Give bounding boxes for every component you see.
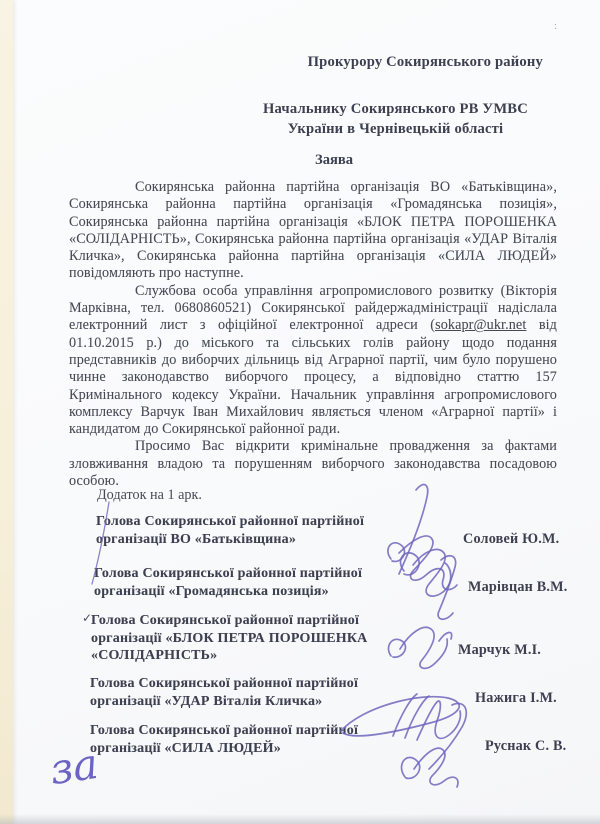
attachment-note: Додаток на 1 арк. — [97, 487, 202, 504]
email-address: sokapr@ukr.net — [435, 317, 526, 333]
paragraph-complaint-text-after: від 01.10.2015 р.) до міського та сільсь… — [69, 317, 557, 437]
scan-artifact-mark: : — [554, 20, 557, 32]
paragraph-parties: Сокирянська районна партійна організація… — [69, 179, 557, 283]
signatory-title-3: Голова Сокирянської районної партійної о… — [91, 612, 436, 665]
signatory-title-1: Голова Сокирянської районної партійної о… — [96, 513, 441, 548]
signatory-title-2: Голова Сокирянської районної партійної о… — [94, 565, 439, 600]
signatory-name-3: Марчук М.І. — [458, 642, 541, 659]
scan-edge-left — [0, 0, 13, 824]
handwritten-note: за — [47, 739, 101, 794]
addressee-secondary-line2: України в Чернівецькій області — [263, 120, 528, 140]
scanned-document-page: : Прокурору Сокирянського району Начальн… — [0, 0, 600, 824]
signatory-name-1: Соловей Ю.М. — [463, 531, 559, 548]
document-body: Сокирянська районна партійна організація… — [69, 179, 557, 490]
signatory-title-4: Голова Сокирянської районної партійної о… — [90, 675, 435, 710]
addressee-primary: Прокурору Сокирянського району — [308, 54, 543, 71]
addressee-secondary: Начальнику Сокирянського РВ УМВС України… — [263, 100, 528, 139]
signatory-name-4: Нажига І.М. — [475, 690, 557, 707]
signatory-title-5: Голова Сокирянської районної партійної о… — [90, 722, 435, 757]
signatory-name-5: Руснак С. В. — [485, 738, 566, 755]
document-title: Заява — [315, 152, 353, 169]
paragraph-request: Просимо Вас відкрити кримінальне провадж… — [69, 438, 557, 490]
addressee-secondary-line1: Начальнику Сокирянського РВ УМВС — [263, 100, 528, 120]
signatory-name-2: Марівцан В.М. — [468, 579, 568, 596]
paragraph-complaint: Службова особа управління агропромислово… — [69, 283, 557, 439]
scan-edge-bottom — [0, 814, 600, 824]
handwritten-checkmark: ✓ — [82, 611, 92, 626]
